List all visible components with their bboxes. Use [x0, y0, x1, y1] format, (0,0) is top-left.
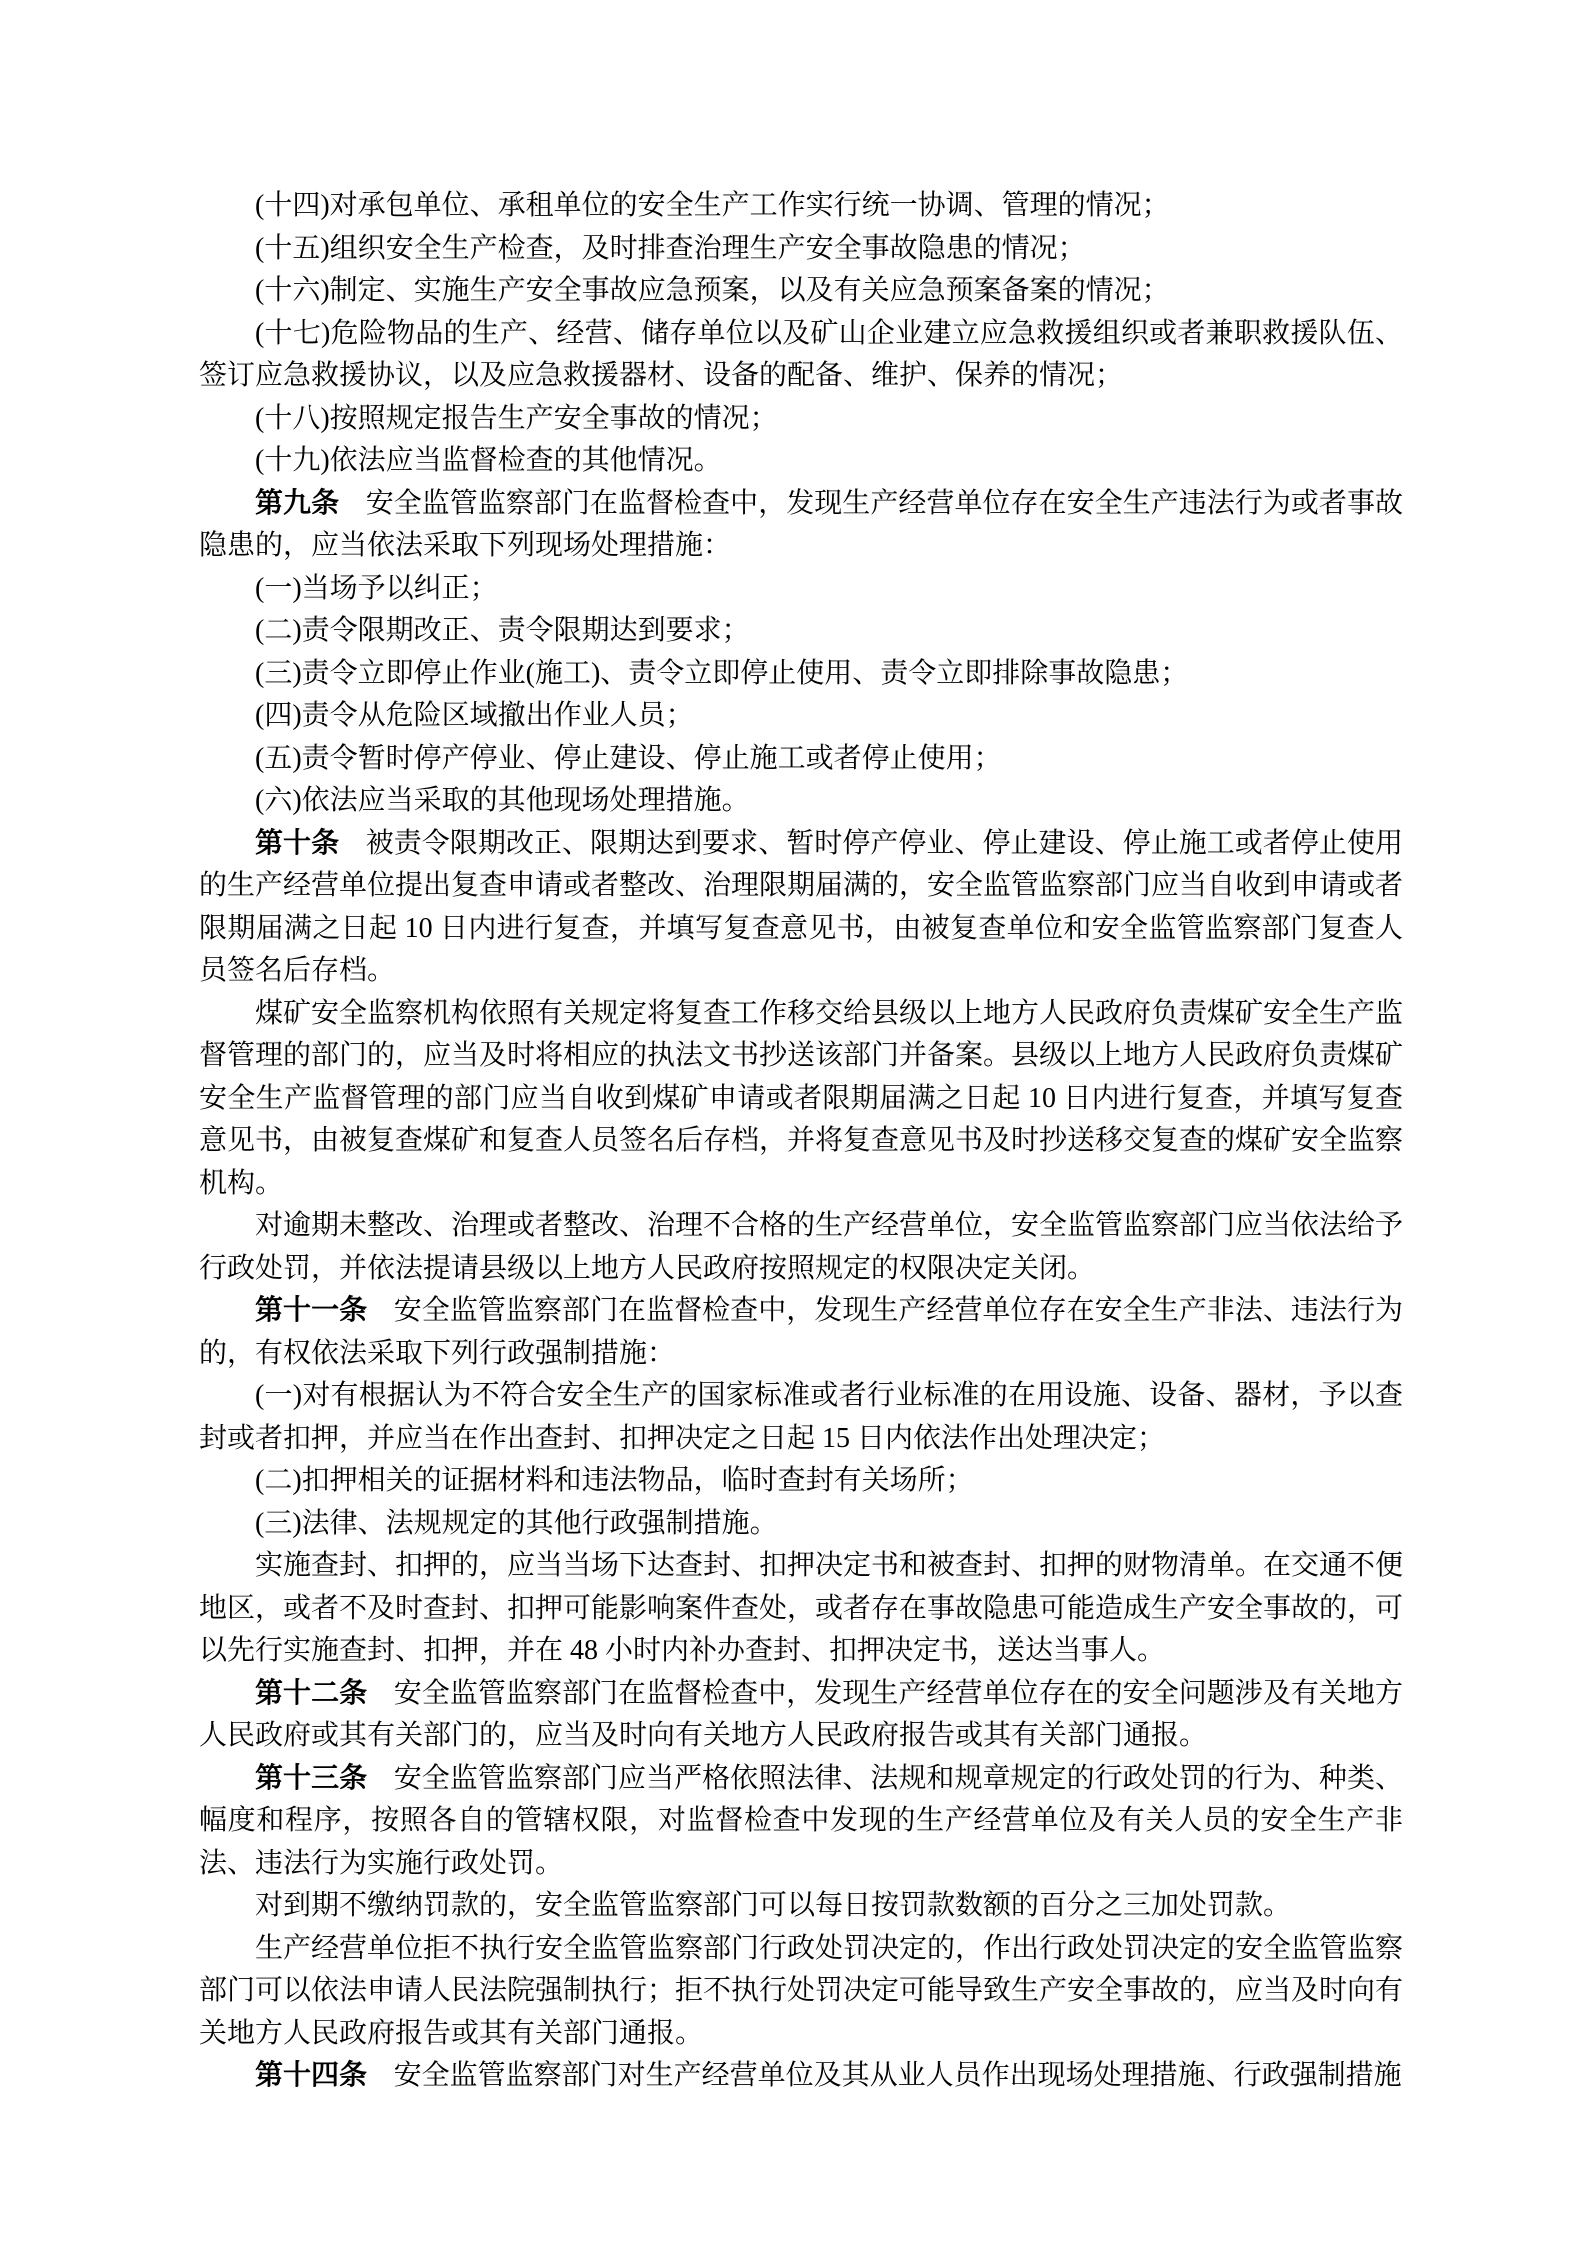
- paragraph: (十五)组织安全生产检查，及时排查治理生产安全事故隐患的情况；: [199, 228, 1403, 271]
- article-paragraph: 第十四条安全监管监察部门对生产经营单位及其从业人员作出现场处理措施、行政强制措施: [199, 2055, 1403, 2098]
- paragraph: (十六)制定、实施生产安全事故应急预案，以及有关应急预案备案的情况；: [199, 270, 1403, 313]
- paragraph: (一)当场予以纠正；: [199, 568, 1403, 611]
- paragraph: (五)责令暂时停产停业、停止建设、停止施工或者停止使用；: [199, 738, 1403, 781]
- article-paragraph: 第十条被责令限期改正、限期达到要求、暂时停产停业、停止建设、停止施工或者停止使用…: [199, 823, 1403, 993]
- paragraph: 生产经营单位拒不执行安全监管监察部门行政处罚决定的，作出行政处罚决定的安全监管监…: [199, 1928, 1403, 2056]
- article-paragraph: 第十二条安全监管监察部门在监督检查中，发现生产经营单位存在的安全问题涉及有关地方…: [199, 1673, 1403, 1758]
- paragraph: (十七)危险物品的生产、经营、储存单位以及矿山企业建立应急救援组织或者兼职救援队…: [199, 313, 1403, 398]
- paragraph: (二)责令限期改正、责令限期达到要求；: [199, 610, 1403, 653]
- paragraph: 实施查封、扣押的，应当当场下达查封、扣押决定书和被查封、扣押的财物清单。在交通不…: [199, 1545, 1403, 1673]
- paragraph: (十八)按照规定报告生产安全事故的情况；: [199, 398, 1403, 441]
- paragraph: (三)法律、法规规定的其他行政强制措施。: [199, 1503, 1403, 1546]
- article-paragraph: 第九条安全监管监察部门在监督检查中，发现生产经营单位存在安全生产违法行为或者事故…: [199, 483, 1403, 568]
- document-page: (十四)对承包单位、承租单位的安全生产工作实行统一协调、管理的情况；(十五)组织…: [0, 0, 1587, 2245]
- paragraph: (三)责令立即停止作业(施工)、责令立即停止使用、责令立即排除事故隐患；: [199, 653, 1403, 696]
- paragraph: (一)对有根据认为不符合安全生产的国家标准或者行业标准的在用设施、设备、器材，予…: [199, 1375, 1403, 1460]
- paragraph: 煤矿安全监察机构依照有关规定将复查工作移交给县级以上地方人民政府负责煤矿安全生产…: [199, 993, 1403, 1206]
- article-number: 第九条: [255, 488, 339, 519]
- paragraph: 对到期不缴纳罚款的，安全监管监察部门可以每日按罚款数额的百分之三加处罚款。: [199, 1885, 1403, 1928]
- paragraph: 对逾期未整改、治理或者整改、治理不合格的生产经营单位，安全监管监察部门应当依法给…: [199, 1205, 1403, 1290]
- article-number: 第十四条: [255, 2060, 367, 2091]
- paragraph: (二)扣押相关的证据材料和违法物品，临时查封有关场所；: [199, 1460, 1403, 1503]
- article-number: 第十条: [255, 828, 339, 859]
- article-paragraph: 第十三条安全监管监察部门应当严格依照法律、法规和规章规定的行政处罚的行为、种类、…: [199, 1758, 1403, 1886]
- paragraph: (十四)对承包单位、承租单位的安全生产工作实行统一协调、管理的情况；: [199, 185, 1403, 228]
- paragraph: (六)依法应当采取的其他现场处理措施。: [199, 780, 1403, 823]
- article-paragraph: 第十一条安全监管监察部门在监督检查中，发现生产经营单位存在安全生产非法、违法行为…: [199, 1290, 1403, 1375]
- article-number: 第十二条: [255, 1678, 367, 1709]
- article-number: 第十一条: [255, 1295, 367, 1326]
- paragraph: (十九)依法应当监督检查的其他情况。: [199, 440, 1403, 483]
- document-body: (十四)对承包单位、承租单位的安全生产工作实行统一协调、管理的情况；(十五)组织…: [199, 185, 1403, 2098]
- article-number: 第十三条: [255, 1763, 367, 1794]
- paragraph: (四)责令从危险区域撤出作业人员；: [199, 695, 1403, 738]
